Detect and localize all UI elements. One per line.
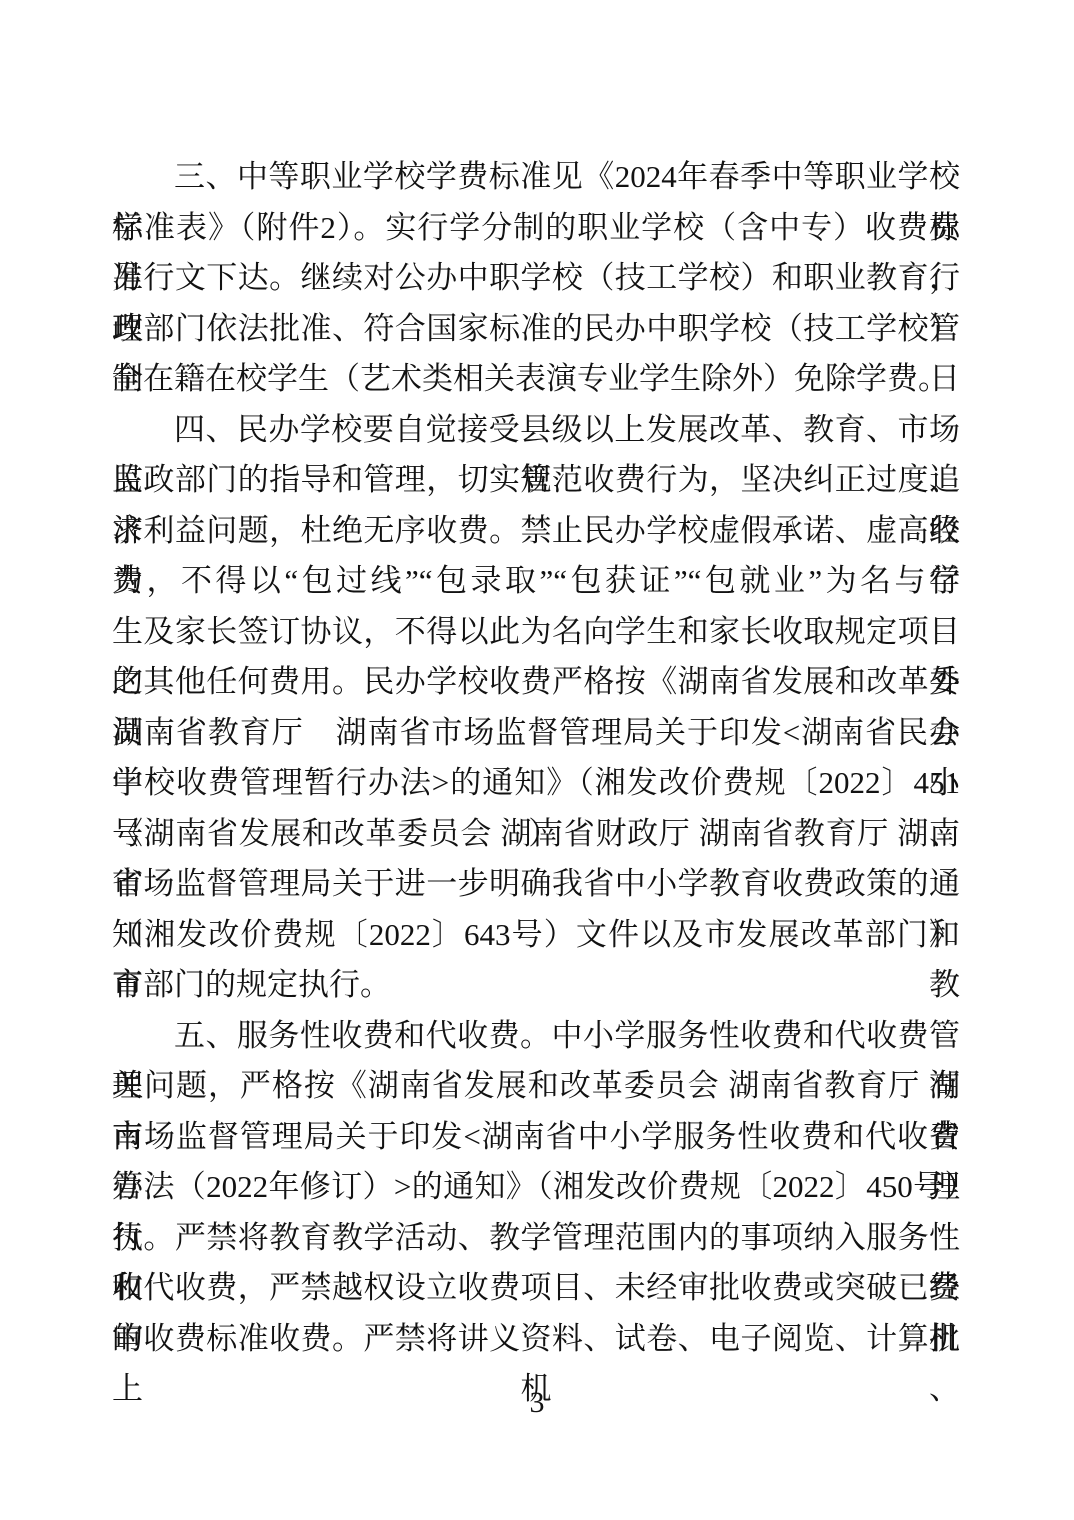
text-line: 湖南省教育厅 湖南省市场监督管理局关于印发<湖南省民办中小 — [112, 708, 960, 759]
text-line: 济利益问题，杜绝无序收费。禁止民办学校虚假承诺、虚高收费行 — [112, 506, 960, 557]
text-line: 关问题，严格按《湖南省发展和改革委员会 湖南省教育厅 湖南省 — [112, 1061, 960, 1112]
page-number: 3 — [0, 1388, 1074, 1418]
text-line: 四、民办学校要自觉接受县级以上发展改革、教育、市场监管、 — [112, 405, 960, 456]
text-line: 标准表》（附件2）。实行学分制的职业学校（含中专）收费标准， — [112, 203, 960, 254]
text-line: 市场监督管理局关于印发<湖南省中小学服务性收费和代收费管理 — [112, 1112, 960, 1163]
text-line: 生及家长签订协议，不得以此为名向学生和家长收取规定项目之外 — [112, 607, 960, 658]
text-line: 学校收费管理暂行办法>的通知》（湘发改价费规〔2022〕451号）、 — [112, 758, 960, 809]
text-line: 理部门依法批准、符合国家标准的民办中职学校（技工学校）全日 — [112, 304, 960, 355]
text-line: 市场监督管理局关于进一步明确我省中小学教育收费政策的通知》 — [112, 859, 960, 910]
document-body: 三、中等职业学校学费标准见《2024年春季中等职业学校学费标准表》（附件2）。实… — [112, 152, 960, 1364]
text-line: 的收费标准收费。严禁将讲义资料、试卷、电子阅览、计算机上机、 — [112, 1314, 960, 1365]
text-line: 行。严禁将教育教学活动、教学管理范围内的事项纳入服务性收费 — [112, 1213, 960, 1264]
document-page: 三、中等职业学校学费标准见《2024年春季中等职业学校学费标准表》（附件2）。实… — [0, 0, 1074, 1520]
text-line: 五、服务性收费和代收费。中小学服务性收费和代收费管理有 — [112, 1011, 960, 1062]
text-line: （湘发改价费规〔2022〕643号）文件以及市发展改革部门和市教 — [112, 910, 960, 961]
text-line: 另行文下达。继续对公办中职学校（技工学校）和职业教育行政管 — [112, 253, 960, 304]
text-line: 的其他任何费用。民办学校收费严格按《湖南省发展和改革委员会 — [112, 657, 960, 708]
text-line: 和代收费，严禁越权设立收费项目、未经审批收费或突破已经审批 — [112, 1263, 960, 1314]
text-line: 为，不得以“包过线”“包录取”“包获证”“包就业”为名与学 — [112, 556, 960, 607]
text-line: 三、中等职业学校学费标准见《2024年春季中等职业学校学费 — [112, 152, 960, 203]
text-line: 民政部门的指导和管理，切实规范收费行为，坚决纠正过度追求经 — [112, 455, 960, 506]
text-line: 办法（2022年修订）>的通知》（湘发改价费规〔2022〕450号）执 — [112, 1162, 960, 1213]
text-line: 《湖南省发展和改革委员会 湖南省财政厅 湖南省教育厅 湖南省 — [112, 809, 960, 860]
text-line: 制在籍在校学生（艺术类相关表演专业学生除外）免除学费。 — [112, 354, 960, 405]
